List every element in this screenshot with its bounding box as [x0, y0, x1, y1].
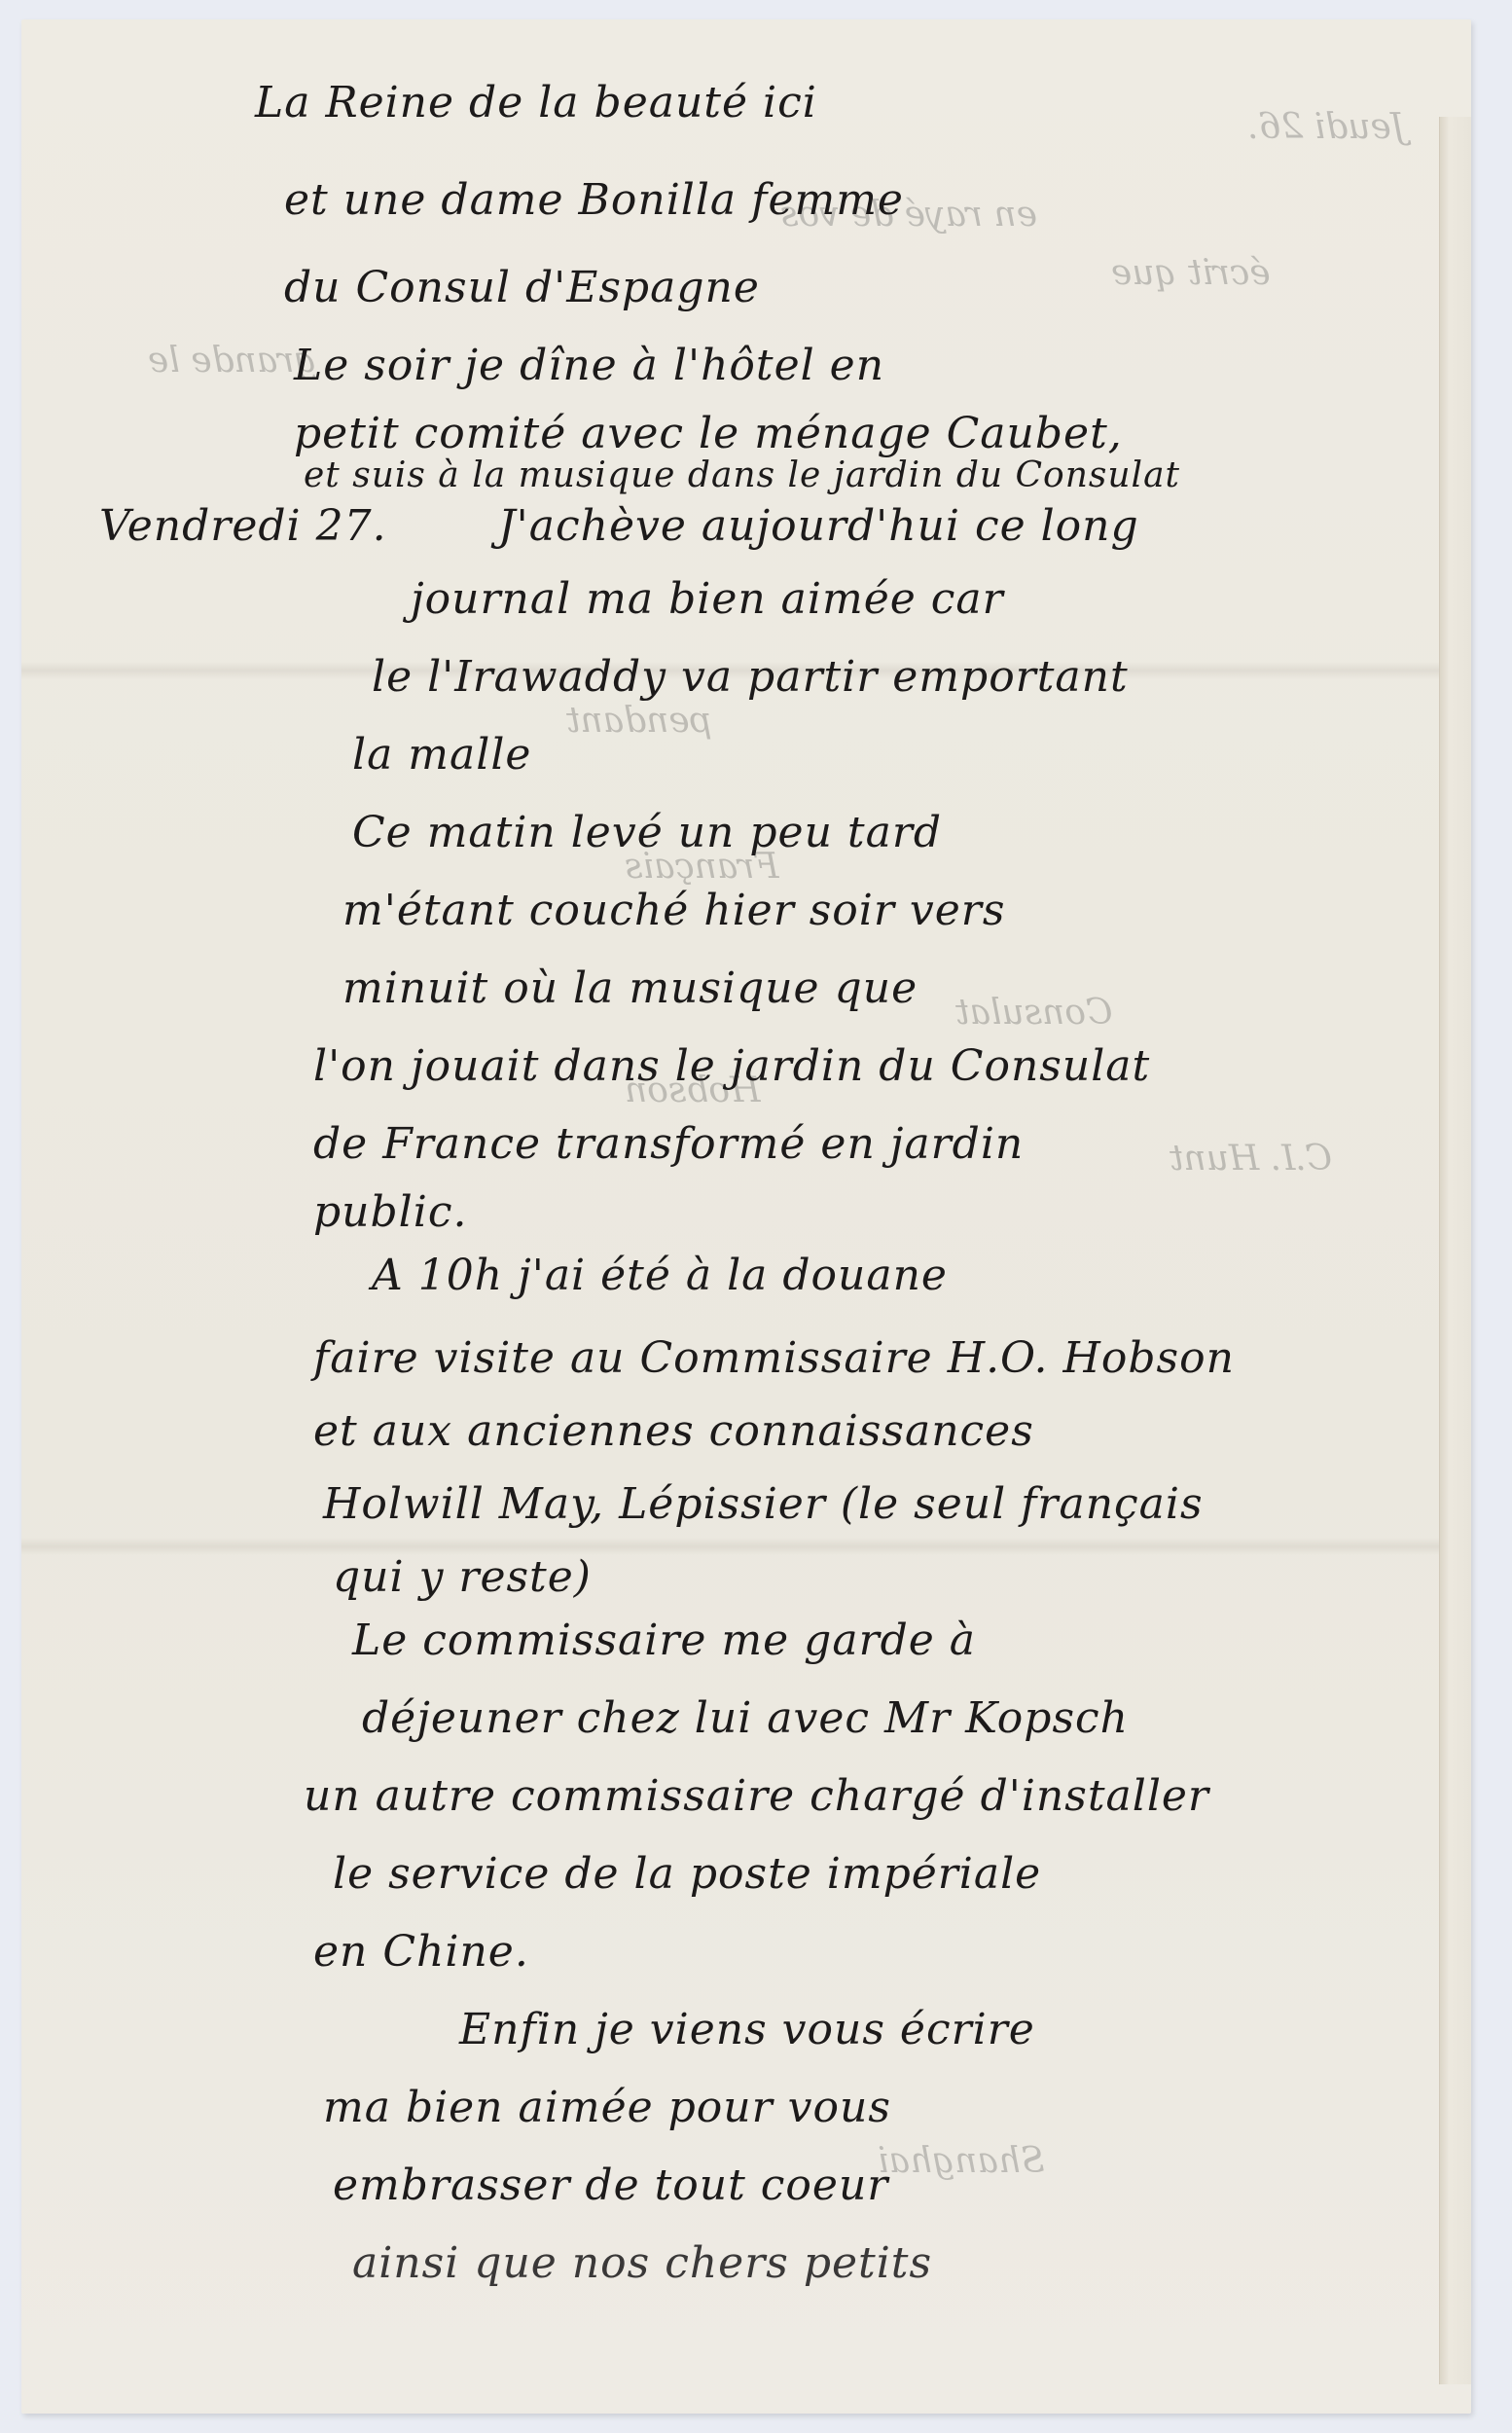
- letter-line: le l'Irawaddy va partir emportant: [372, 652, 1129, 702]
- letter-line: Le soir je dîne à l'hôtel en: [294, 341, 884, 390]
- letter-line: qui y reste): [333, 1552, 592, 1602]
- letter-line: ma bien aimée pour vous: [323, 2083, 891, 2132]
- letter-line: J'achève aujourd'hui ce long: [498, 501, 1139, 551]
- date-heading: Vendredi 27.: [99, 501, 387, 551]
- letter-page: Jeudi 26. en rayé de vos écrit que grand…: [21, 19, 1471, 2414]
- paper-fold-crease: [21, 1538, 1471, 1555]
- letter-line: en Chine.: [313, 1927, 529, 1977]
- letter-line: la malle: [352, 730, 531, 780]
- letter-line: le service de la poste impériale: [333, 1849, 1041, 1899]
- bleed-through-text: écrit que: [1111, 253, 1271, 293]
- letter-line: minuit où la musique que: [342, 963, 918, 1013]
- letter-line: et suis à la musique dans le jardin du C…: [304, 455, 1180, 495]
- letter-line: l'on jouait dans le jardin du Consulat: [313, 1041, 1150, 1091]
- letter-line: embrasser de tout coeur: [333, 2161, 888, 2210]
- letter-line: ainsi que nos chers petits: [352, 2238, 932, 2288]
- letter-line: de France transformé en jardin: [313, 1119, 1024, 1169]
- letter-line: La Reine de la beauté ici: [255, 78, 817, 127]
- letter-line: et aux anciennes connaissances: [313, 1406, 1034, 1456]
- bleed-through-text: C.I. Hunt: [1170, 1139, 1332, 1179]
- letter-line: Ce matin levé un peu tard: [352, 808, 942, 857]
- bleed-through-text: Consulat: [955, 993, 1113, 1033]
- letter-line: A 10h j'ai été à la douane: [372, 1251, 948, 1300]
- bleed-through-text: Shanghai: [878, 2141, 1045, 2181]
- letter-line: et une dame Bonilla femme: [284, 175, 904, 225]
- letter-line: déjeuner chez lui avec Mr Kopsch: [362, 1693, 1129, 1743]
- letter-line: faire visite au Commissaire H.O. Hobson: [313, 1333, 1235, 1383]
- letter-line: m'étant couché hier soir vers: [342, 886, 1005, 935]
- letter-line: public.: [313, 1187, 467, 1237]
- bleed-through-text: grande le: [148, 341, 317, 381]
- paper-edge-binding: [1439, 117, 1471, 2384]
- letter-line: journal ma bien aimée car: [411, 574, 1004, 624]
- letter-line: un autre commissaire chargé d'installer: [304, 1771, 1209, 1821]
- letter-line: Le commissaire me garde à: [352, 1616, 976, 1665]
- bleed-through-text: Jeudi 26.: [1247, 107, 1405, 147]
- letter-line: petit comité avec le ménage Caubet,: [294, 409, 1123, 458]
- letter-line: Enfin je viens vous écrire: [459, 2005, 1035, 2054]
- bleed-through-text: pendant: [566, 701, 712, 741]
- letter-line: Holwill May, Lépissier (le seul français: [323, 1479, 1204, 1529]
- letter-line: du Consul d'Espagne: [284, 263, 760, 312]
